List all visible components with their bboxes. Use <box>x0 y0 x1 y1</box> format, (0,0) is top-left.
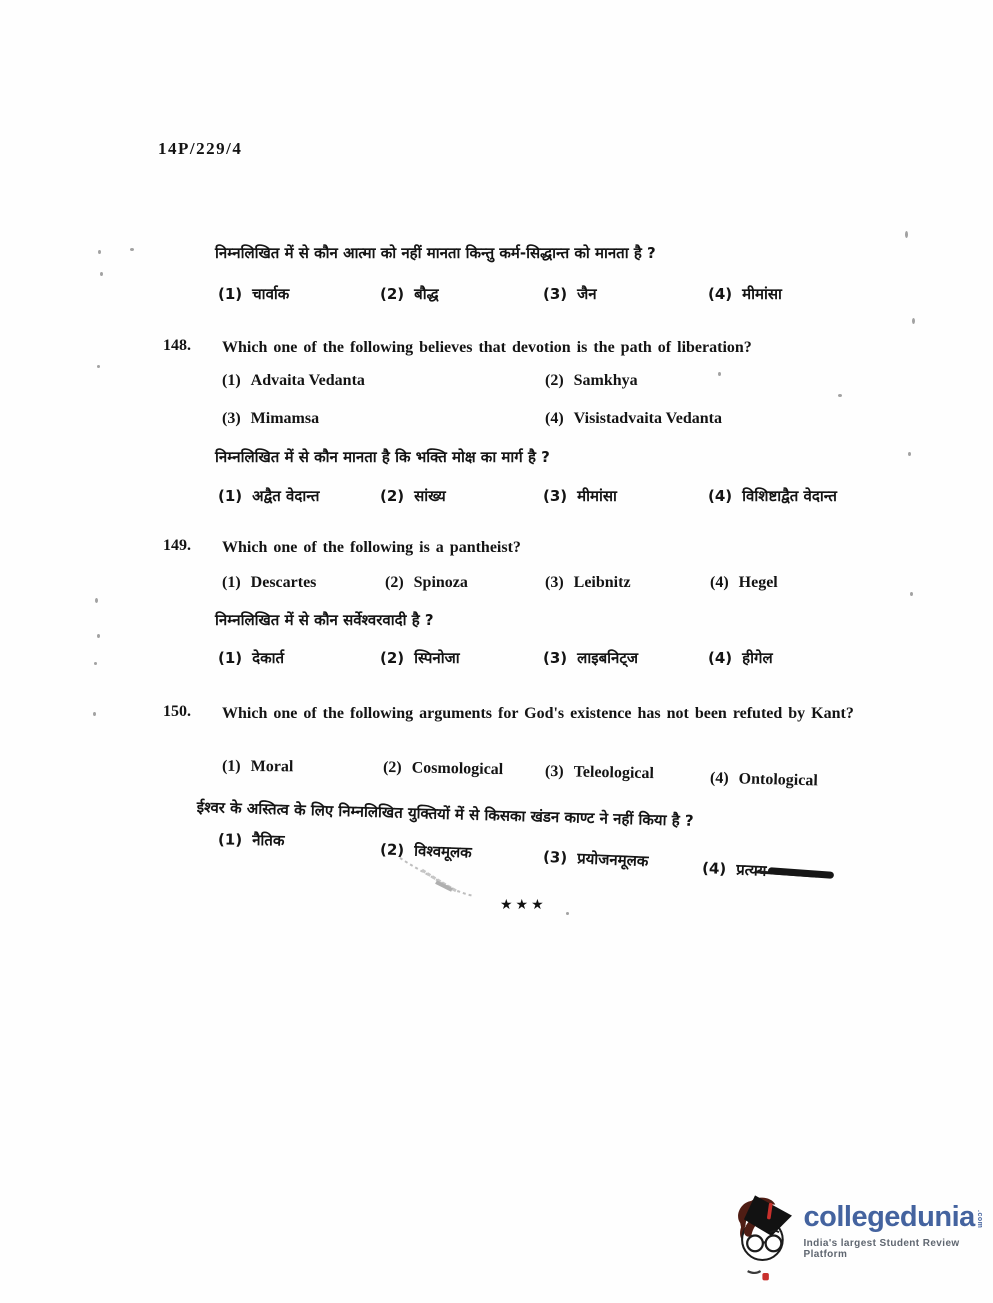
q148-english-option-2: (2)Samkhya <box>545 372 638 390</box>
q150-english-option-1: (1)Moral <box>222 758 293 777</box>
q148-hindi-option-4: (4)विशिष्टाद्वैत वेदान्त <box>708 486 837 506</box>
booklet-code: 14P/229/4 <box>158 139 242 159</box>
scan-artifact <box>910 592 913 596</box>
q147-hindi-question: निम्नलिखित में से कौन आत्मा को नहीं मानत… <box>215 243 656 263</box>
scan-artifact <box>97 365 100 368</box>
scan-artifact <box>95 598 98 603</box>
q149-hindi-option-1: (1)देकार्त <box>218 648 284 668</box>
q148-english-option-4: (4)Visistadvaita Vedanta <box>545 410 722 428</box>
scan-artifact <box>130 248 134 251</box>
scan-artifact <box>93 712 96 716</box>
q150-english-option-2: (2)Cosmological <box>383 759 503 779</box>
scan-artifact <box>98 250 101 254</box>
collegedunia-mascot-icon <box>731 1188 798 1284</box>
scan-artifact <box>838 394 842 397</box>
scan-artifact <box>718 372 721 376</box>
q149-hindi-option-2: (2)स्पिनोजा <box>380 648 460 668</box>
q150-english-option-4: (4)Ontological <box>710 770 818 791</box>
q148-hindi-question: निम्नलिखित में से कौन मानता है कि भक्ति … <box>215 447 550 467</box>
q150-hindi-option-3: (3)प्रयोजनमूलक <box>543 847 649 871</box>
end-stars: ★★★ <box>500 897 547 913</box>
q149-english-option-2: (2)Spinoza <box>385 574 468 592</box>
q147-hindi-option-4: (4)मीमांसा <box>708 284 782 304</box>
scan-artifact <box>566 912 569 915</box>
q149-english-option-1: (1)Descartes <box>222 574 316 592</box>
scan-artifact <box>97 634 100 638</box>
brand-name: collegedunia <box>804 1202 975 1232</box>
q149-hindi-option-4: (4)हीगेल <box>708 648 773 668</box>
q148-number: 148. <box>163 337 191 355</box>
q148-hindi-option-1: (1)अद्वैत वेदान्त <box>218 486 319 506</box>
q147-hindi-option-1: (1)चार्वाक <box>218 284 289 304</box>
ink-smudge <box>768 867 834 879</box>
q150-english-option-3: (3)Teleological <box>545 763 654 783</box>
scan-artifact <box>908 452 911 456</box>
scan-artifact <box>912 318 915 324</box>
q148-english-option-3: (3)Mimamsa <box>222 410 319 428</box>
q150-hindi-question: ईश्वर के अस्तित्व के लिए निम्नलिखित युक्… <box>196 797 693 831</box>
q147-hindi-option-2: (2)बौद्ध <box>380 284 439 304</box>
q149-hindi-option-3: (3)लाइबनिट्ज <box>543 648 638 668</box>
q148-english-option-1: (1)Advaita Vedanta <box>222 372 365 390</box>
q149-number: 149. <box>163 537 191 555</box>
scan-artifact <box>100 272 103 276</box>
brand-tld: .com <box>976 1210 983 1228</box>
q148-hindi-option-3: (3)मीमांसा <box>543 486 617 506</box>
scan-artifact <box>905 231 908 238</box>
logo-text: collegedunia .com India's largest Studen… <box>804 1188 992 1260</box>
q150-hindi-option-4: (4)प्रत्यय <box>702 858 835 884</box>
q149-english-option-3: (3)Leibnitz <box>545 574 631 592</box>
brand-tagline: India's largest Student Review Platform <box>804 1238 992 1260</box>
scanned-exam-page: 14P/229/4 निम्नलिखित में से कौन आत्मा को… <box>0 0 993 1303</box>
q150-hindi-option-1: (1)नैतिक <box>218 829 285 850</box>
q150-english-question: Which one of the following arguments for… <box>222 703 922 725</box>
collegedunia-logo: collegedunia .com India's largest Studen… <box>731 1188 991 1286</box>
q148-hindi-option-2: (2)सांख्य <box>380 486 446 506</box>
q149-english-option-4: (4)Hegel <box>710 574 778 592</box>
q149-english-question: Which one of the following is a pantheis… <box>222 537 932 559</box>
scan-artifact <box>94 662 97 665</box>
q150-number: 150. <box>163 703 191 721</box>
q148-english-question: Which one of the following believes that… <box>222 337 932 359</box>
q147-hindi-option-3: (3)जैन <box>543 284 597 304</box>
q149-hindi-question: निम्नलिखित में से कौन सर्वेश्वरवादी है ? <box>215 610 434 630</box>
